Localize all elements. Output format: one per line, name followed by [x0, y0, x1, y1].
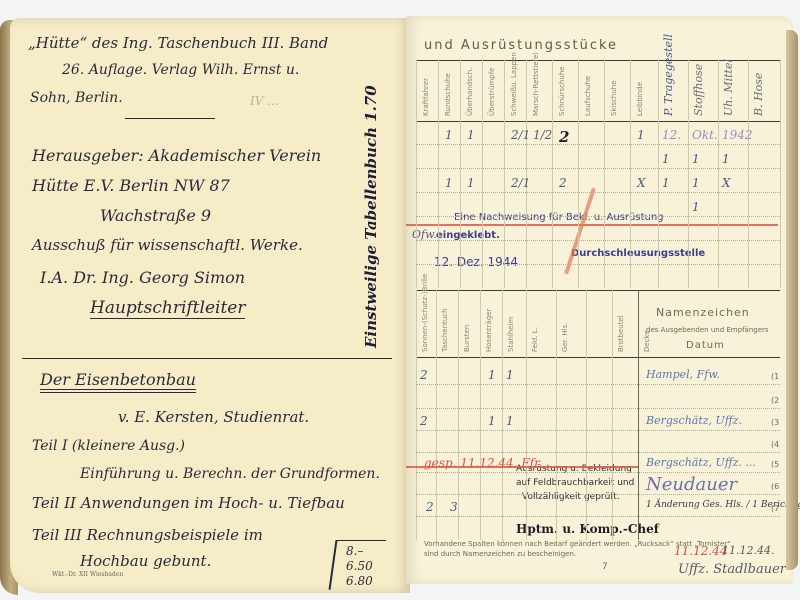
table-cell: 1 — [662, 176, 670, 190]
price: 6.50 — [346, 559, 373, 573]
price: 8.– — [346, 544, 363, 558]
column-divider — [526, 290, 527, 540]
table-cell: X — [722, 176, 731, 190]
left-page: „Hütte“ des Ing. Taschenbuch III. Band 2… — [10, 18, 410, 593]
table-cell: X — [637, 176, 646, 190]
row-divider — [416, 430, 780, 432]
column-divider — [556, 290, 557, 540]
page-number: 7 — [602, 562, 608, 572]
signature-entry: Bergschätz, Uffz. — [646, 414, 742, 427]
footnote: sind durch Namenzeichen zu bescheinigen. — [424, 550, 576, 558]
table-cell: 2 — [559, 128, 569, 146]
column-divider — [504, 60, 505, 288]
right-page: und Ausrüstungsstücke Eine Nachweisung f… — [406, 16, 794, 584]
row-divider — [416, 144, 780, 146]
table-cell: 3 — [450, 500, 458, 514]
handwritten-line: Wachstraße 9 — [100, 206, 211, 225]
lower-table-top-rule — [416, 290, 780, 291]
column-divider — [502, 290, 503, 540]
table-cell: 1 — [662, 152, 670, 166]
column-header: Stahlhelm — [507, 317, 515, 352]
red-strike-line — [406, 224, 778, 226]
row-number: (1 — [771, 372, 779, 381]
column-divider — [436, 290, 437, 540]
table-cell: 2 — [420, 368, 428, 382]
signature-column-divider — [638, 290, 639, 540]
row-divider — [416, 408, 780, 410]
row-number: (4 — [771, 440, 779, 449]
handwritten-line: Herausgeber: Akademischer Verein — [32, 146, 321, 165]
row-divider — [416, 516, 780, 518]
column-header: Überstrümpfe — [488, 68, 496, 117]
column-divider — [482, 60, 483, 288]
table-cell: 1942 — [722, 128, 753, 142]
column-divider — [688, 60, 689, 288]
lower-table-header-rule — [416, 357, 780, 358]
book-title: Der Eisenbetonbau — [40, 370, 196, 393]
column-header: Hosenträger — [485, 309, 493, 352]
row-divider — [416, 384, 780, 386]
handwritten-column-header: Stoffhose — [692, 64, 705, 116]
handwritten-line: Einführung u. Berechn. der Grundformen. — [80, 466, 380, 482]
table-cell: 1 — [506, 368, 514, 382]
vertical-handwritten-note: Einstweilige Tabellenbuch 1.70 — [362, 85, 380, 348]
column-header: Ger. Hls. — [561, 323, 569, 353]
stamp-office: Durchschleusungsstelle — [571, 248, 705, 259]
handwritten-column-header: B. Hose — [752, 73, 765, 116]
stamp-date: 12. Dez. 1944 — [434, 255, 518, 269]
column-divider — [658, 60, 659, 288]
column-divider — [586, 290, 587, 540]
column-header: Decke — [643, 330, 651, 352]
handwritten-line: Hauptschriftleiter — [90, 298, 245, 319]
column-header: Schnürschuhe — [558, 66, 566, 116]
row-number: (3 — [771, 418, 779, 427]
signature-header-date: Datum — [686, 340, 725, 351]
handwritten-line: Hochbau gebunt. — [80, 552, 211, 570]
column-header: Taschentuch — [441, 308, 449, 352]
row-divider — [416, 452, 780, 454]
bottom-signature: Uffz. Stadlbauer — [678, 562, 786, 577]
price-bracket — [329, 540, 337, 590]
column-divider — [526, 60, 527, 288]
column-divider — [416, 290, 417, 540]
table-cell: 1 — [722, 152, 730, 166]
column-header: Sonnen-(Schutz-)Brille — [421, 274, 429, 352]
stamp-line: auf Feldbrauchbarkeit und — [516, 478, 634, 488]
row-divider — [416, 216, 780, 218]
printer-imprint: Wkt.-Dr. XII Wiesbaden — [52, 571, 123, 578]
table-cell: 2 — [559, 176, 567, 190]
row-divider — [416, 168, 780, 170]
faint-pencil-note: IV ... — [250, 94, 279, 108]
column-divider — [438, 60, 439, 288]
handwritten-column-header: P. Tragegestell — [662, 34, 675, 116]
column-header: Überhandsch. — [466, 68, 474, 116]
bottom-date: 11.12.44. — [722, 544, 774, 557]
signature-entry: Bergschätz, Uffz. ... — [646, 456, 756, 469]
book-right-edge — [786, 30, 798, 570]
table-cell: 1 — [692, 200, 700, 214]
column-header: Leibbinde — [636, 82, 644, 116]
signature-entry: Hampel, Ffw. — [646, 368, 720, 381]
table-cell: 1 — [692, 176, 700, 190]
section-header: und Ausrüstungsstücke — [424, 38, 618, 53]
column-divider — [460, 60, 461, 288]
column-divider — [748, 60, 749, 288]
column-header: Skischuhe — [610, 80, 618, 116]
red-pencil-mark — [564, 188, 596, 275]
table-cell: 1 — [488, 414, 496, 428]
handwritten-line: „Hütte“ des Ing. Taschenbuch III. Band — [28, 34, 328, 52]
table-cell: 2/1 — [511, 176, 530, 190]
column-divider — [612, 290, 613, 540]
column-divider — [780, 60, 781, 288]
row-number: (6 — [771, 482, 779, 491]
divider — [22, 358, 392, 359]
table-cell: 1 — [445, 128, 453, 142]
column-header: Rundschuhe — [444, 73, 452, 116]
table-cell: 2/1 — [511, 128, 530, 142]
row-number: (2 — [771, 396, 779, 405]
handwritten-line: Teil II Anwendungen im Hoch- u. Tiefbau — [32, 494, 345, 512]
price-bracket-top — [336, 540, 386, 541]
row-divider — [416, 192, 780, 194]
red-strike-line — [406, 466, 638, 468]
column-divider — [416, 60, 417, 288]
column-divider — [630, 60, 631, 288]
handwritten-line: I.A. Dr. Ing. Georg Simon — [40, 268, 245, 287]
column-header: Feld. L. — [531, 327, 539, 352]
handwritten-line: v. E. Kersten, Studienrat. — [118, 408, 309, 426]
signature-entry: Neudauer — [646, 474, 737, 495]
handwritten-line: Teil I (kleinere Ausg.) — [32, 438, 185, 454]
column-header: Laufschuhe — [584, 76, 592, 116]
column-divider — [552, 60, 553, 288]
red-date: 11.12.44 — [674, 544, 727, 558]
signature-header-title: Namenzeichen — [656, 306, 750, 319]
column-header: Brotbeutel — [617, 315, 625, 352]
table-cell: 1 — [506, 414, 514, 428]
table-cell: 1 — [467, 176, 475, 190]
table-cell: 12. — [662, 128, 681, 142]
column-divider — [458, 290, 459, 540]
divider — [125, 118, 215, 119]
column-divider — [480, 290, 481, 540]
table-cell: 2 — [420, 414, 428, 428]
column-header: Marsch-Rettstiefel — [532, 53, 540, 116]
price: 6.80 — [346, 574, 373, 588]
column-divider — [604, 60, 605, 288]
column-header: Kraftfahrer — [422, 78, 430, 116]
table-cell: 1 — [467, 128, 475, 142]
handwritten-line: Sohn, Berlin. — [30, 90, 123, 106]
column-divider — [718, 60, 719, 288]
column-divider — [578, 60, 579, 288]
row-number: (5 — [771, 460, 779, 469]
column-header: Bursten — [463, 325, 471, 352]
table-cell: 1 — [488, 368, 496, 382]
signature-header-subtitle: des Ausgebenden und Empfängers — [646, 326, 769, 334]
table-cell: 1 — [445, 176, 453, 190]
handwritten-line: Teil III Rechnungsbeispiele im — [32, 526, 263, 544]
table-cell: 1 — [637, 128, 645, 142]
handwritten-line: Ausschuß für wissenschaftl. Werke. — [32, 236, 303, 254]
handwritten-line: 26. Auflage. Verlag Wilh. Ernst u. — [62, 62, 299, 78]
table-header-rule — [416, 121, 780, 122]
handwritten-column-header: Uh. Mittel — [722, 59, 735, 116]
column-header: Schweißu. Lappen — [510, 52, 518, 116]
table-cell: 2 — [426, 500, 434, 514]
row-divider — [416, 264, 780, 266]
signature-entry: 1 Änderung Ges. Hls. / 1 Berichtig. 4/12… — [646, 500, 800, 510]
table-cell: 1 — [692, 152, 700, 166]
table-cell: Okt. — [692, 128, 718, 142]
table-cell: 1/2 — [533, 128, 552, 142]
row-divider — [416, 240, 780, 242]
handwritten-line: Hütte E.V. Berlin NW 87 — [32, 176, 230, 195]
